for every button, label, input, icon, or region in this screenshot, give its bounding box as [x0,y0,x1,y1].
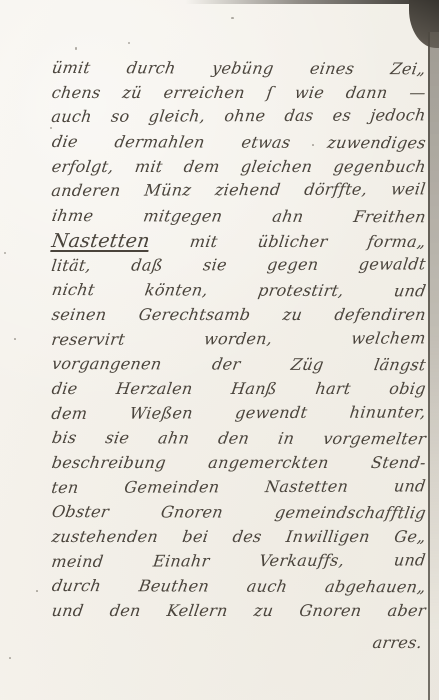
catchword: arres. [48,631,425,656]
manuscript-line: reservirt worden, welchem [50,326,427,352]
manuscript-line: anderen Münz ziehend dörffte, weil [50,178,427,204]
manuscript-line: und den Kellern zu Gnoren aber [50,599,427,624]
handwritten-text-block: ümit durch yebüng eines Zei„ chens zü er… [50,56,424,656]
manuscript-line: chens zü erreichen ſ wie dann — [50,81,427,106]
paper-speck [36,590,38,592]
manuscript-page: ümit durch yebüng eines Zei„ chens zü er… [0,0,439,700]
manuscript-line: ihme mitgegen ahn Freithen [50,204,428,230]
manuscript-line: die dermahlen etwas zuwendiges [50,130,428,156]
paper-speck [231,17,234,19]
page-edge-right [428,32,439,700]
manuscript-line: die Herzalen Hanß hart obig [50,377,427,402]
manuscript-line: durch Beuthen auch abgehauen„ [50,574,428,600]
paper-speck [14,338,16,340]
manuscript-line: vorgangenen der Züg längst [50,352,428,378]
manuscript-line: zustehenden bei des Inwilligen Ge„ [50,525,427,550]
underlined-place-name: Nastetten [50,230,151,252]
manuscript-line: dem Wießen gewendt hinunter, [50,400,427,426]
manuscript-line: Obster Gnoren gemeindschafftlig [50,500,428,526]
manuscript-line: seinen Gerechtsamb zu defendiren [50,303,427,328]
paper-speck [4,252,6,254]
manuscript-line: nicht könten, protestirt, und [50,278,428,304]
manuscript-line-text: mit üblicher forma„ [189,232,427,251]
manuscript-line-nastetten: Nastetten mit üblicher forma„ [50,229,427,254]
manuscript-line: meind Einahr Verkauffs, und [50,548,427,574]
paper-speck [9,657,11,659]
manuscript-line: bis sie ahn den in vorgemelter [50,426,428,452]
manuscript-line: lität, daß sie gegen gewaldt [50,252,427,278]
manuscript-line: ten Gemeinden Nastetten und [50,474,427,500]
manuscript-line: beschreibung angemerckten Stend- [50,451,427,476]
paper-speck [75,47,77,50]
paper-speck [128,42,130,44]
manuscript-line: ümit durch yebüng eines Zei„ [50,56,428,82]
manuscript-line: erfolgt, mit dem gleichen gegenbuch [50,155,427,180]
scan-edge-top [185,0,439,4]
manuscript-line: auch so gleich, ohne das es jedoch [50,104,427,130]
